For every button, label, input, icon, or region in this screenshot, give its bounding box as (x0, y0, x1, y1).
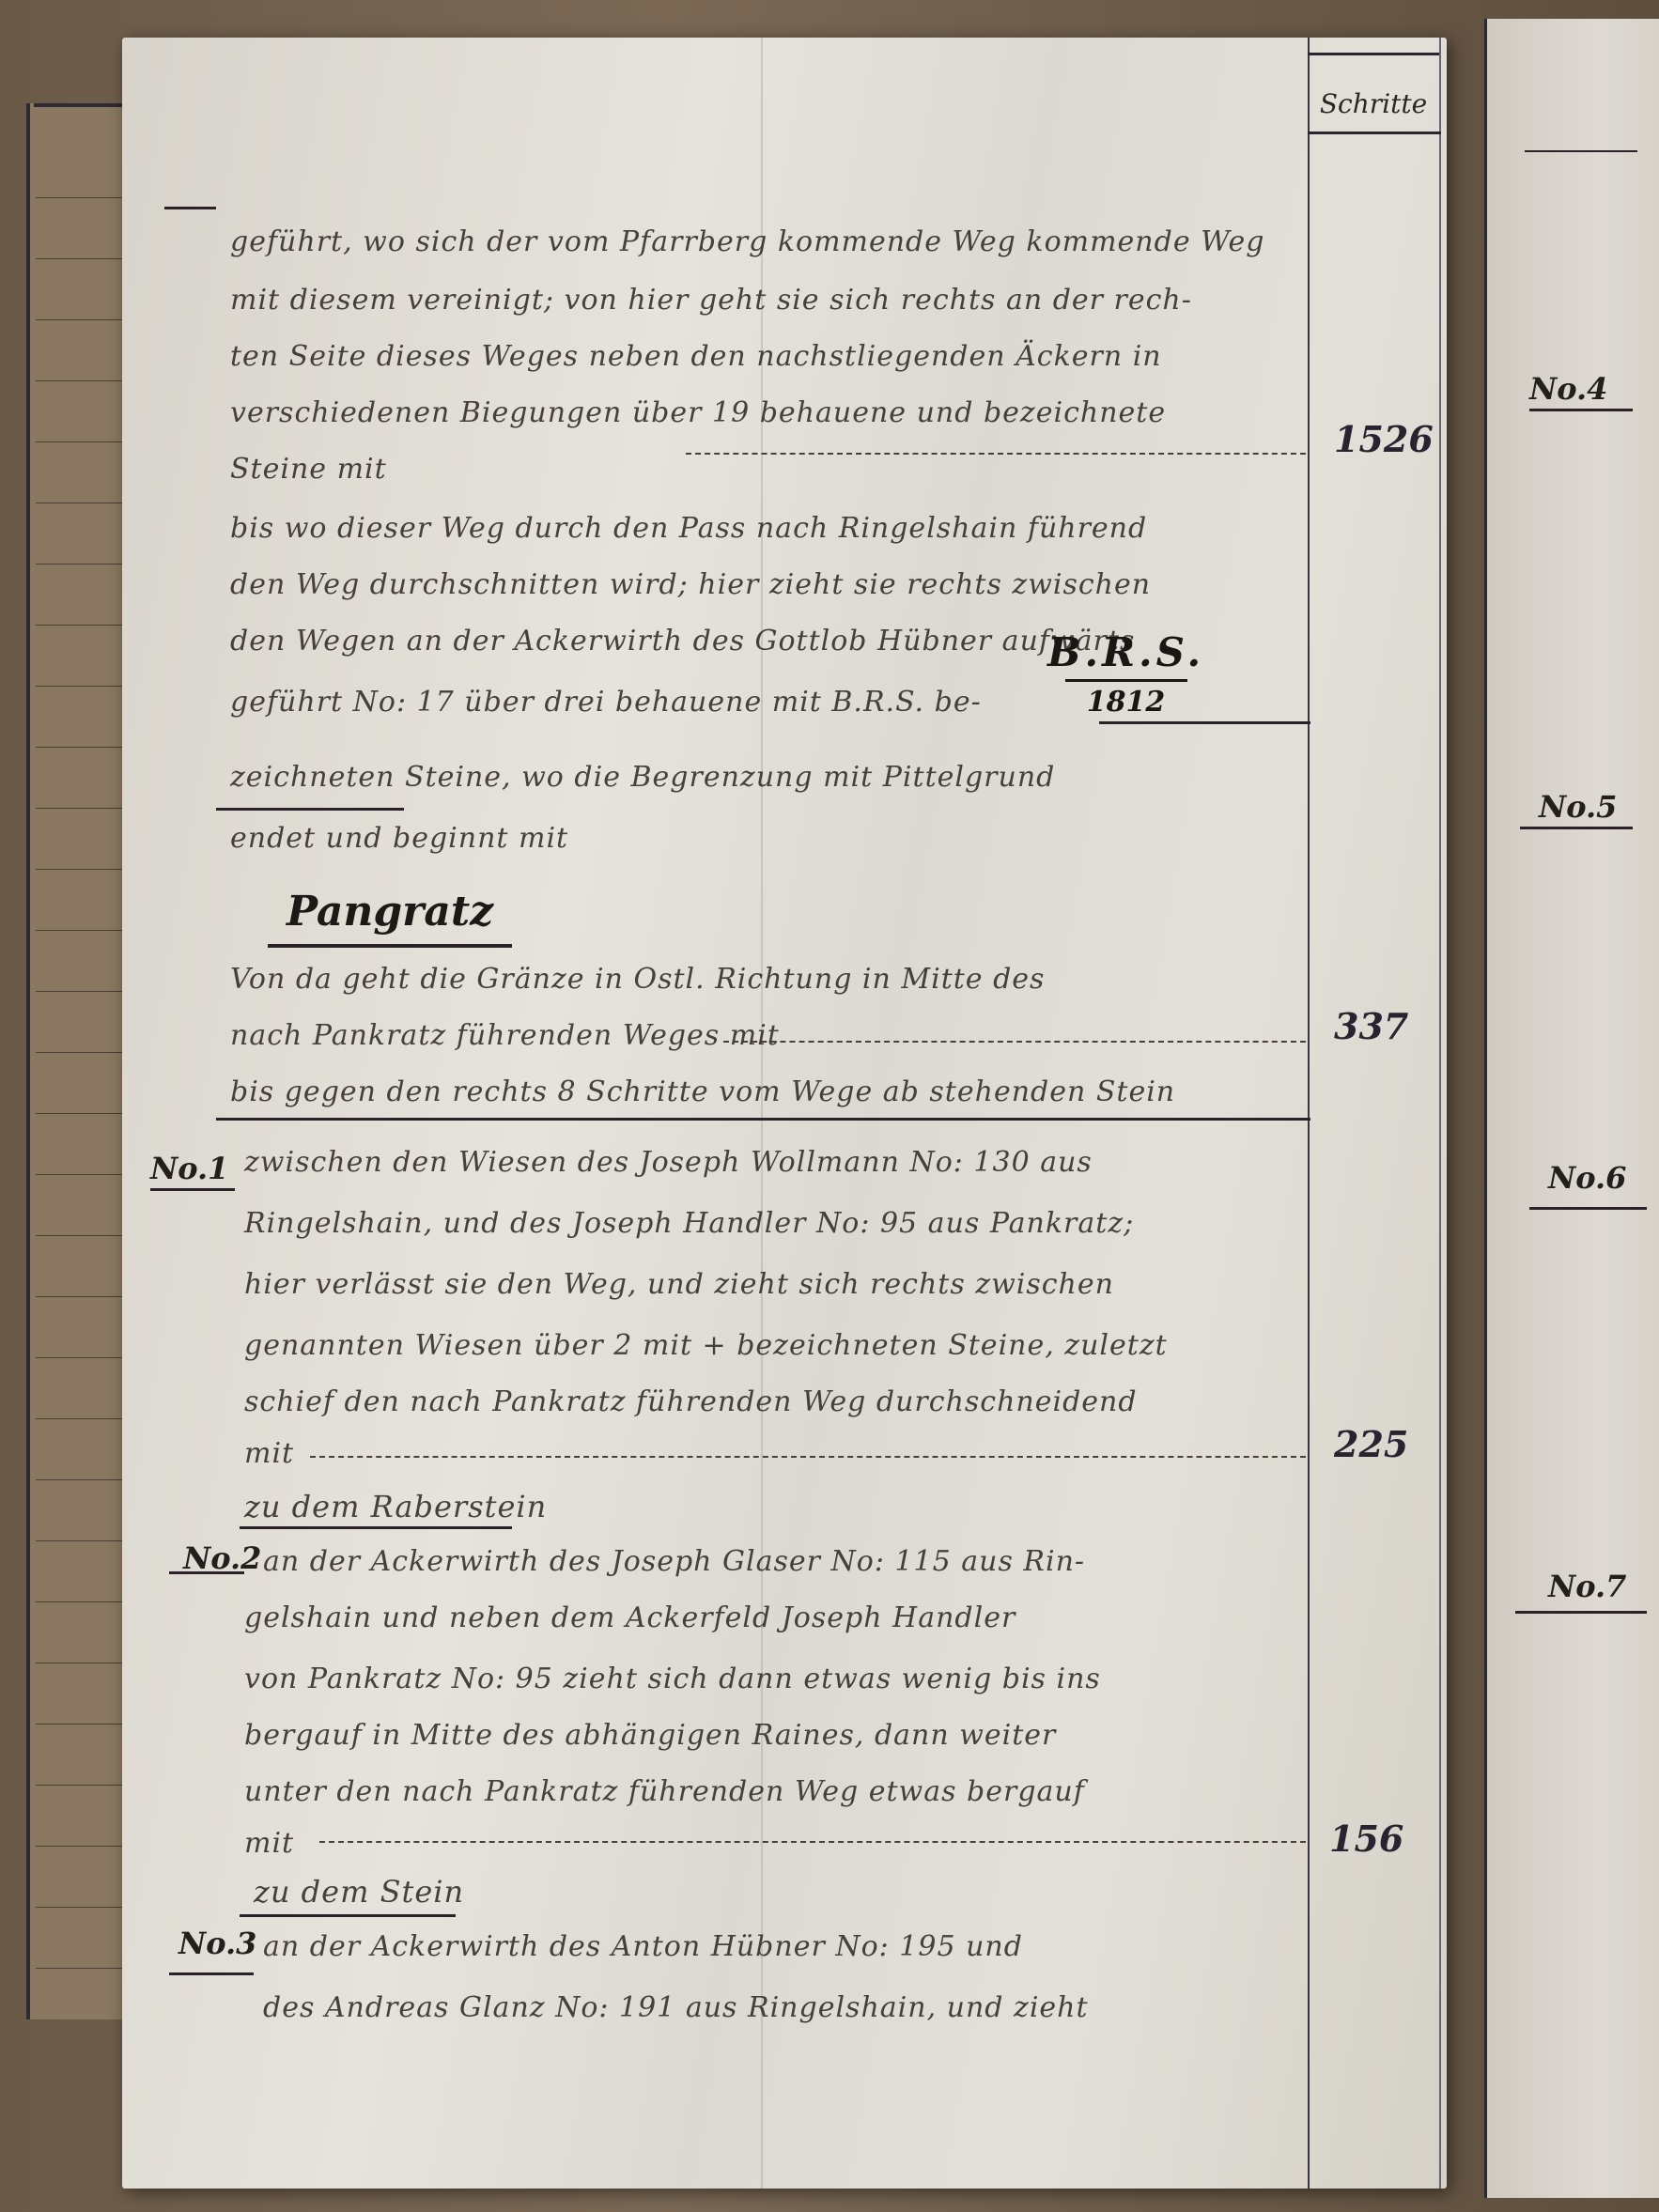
ledger-rule (36, 441, 133, 442)
text-line: verschiedenen Biegungen über 19 behauene… (230, 396, 1166, 429)
adjacent-rule (1525, 150, 1637, 152)
adjacent-marker: No.5 (1539, 789, 1617, 825)
ledger-rule (36, 808, 133, 809)
text-line: den Weg durchschnitten wird; hier zieht … (230, 568, 1151, 601)
schritte-column-left-rule (1308, 38, 1310, 2189)
text-line: Ringelshain, und des Joseph Handler No: … (244, 1207, 1134, 1240)
text-line: Steine mit (230, 453, 387, 486)
row-separator (216, 1118, 1310, 1121)
text-line: bis gegen den rechts 8 Schritte vom Wege… (230, 1075, 1175, 1108)
sub-heading: zu dem Raberstein (244, 1489, 547, 1524)
stamp-underline (1065, 679, 1187, 682)
text-line: bergauf in Mitte des abhängigen Raines, … (244, 1719, 1056, 1752)
section-heading: Pangratz (287, 888, 493, 936)
header-bottom-rule (1308, 131, 1441, 134)
ledger-rule (36, 1601, 133, 1602)
schritte-value: 156 (1329, 1818, 1403, 1860)
ledger-rule (36, 1052, 133, 1053)
heading-underline (268, 944, 512, 948)
leader-dashes (319, 1841, 1306, 1843)
ledger-rule (36, 1174, 133, 1175)
leader-dashes (310, 1456, 1306, 1458)
schritte-value: 225 (1334, 1423, 1408, 1465)
stamp-number: 1812 (1047, 686, 1204, 719)
column-header-schritte: Schritte (1308, 75, 1439, 131)
stamp-letters: B.R.S. (1047, 629, 1204, 675)
adjacent-page: No.4 No.5 No.6 No.7 (1484, 19, 1659, 2198)
ledger-rule (36, 991, 133, 992)
ledger-rule (36, 1479, 133, 1480)
text-line: Von da geht die Gränze in Ostl. Richtung… (230, 963, 1045, 996)
sub-heading-underline (240, 1526, 512, 1529)
ledger-rule (36, 319, 133, 320)
margin-rule (164, 207, 216, 209)
ledger-rule (36, 503, 133, 503)
underlying-ledger-page (26, 103, 133, 2019)
ledger-rule (36, 930, 133, 931)
text-line: an der Ackerwirth des Anton Hübner No: 1… (263, 1930, 1023, 1963)
ledger-rule (36, 1968, 133, 1969)
text-line: zwischen den Wiesen des Joseph Wollmann … (244, 1146, 1093, 1179)
text-line: an der Ackerwirth des Joseph Glaser No: … (263, 1545, 1085, 1578)
adjacent-marker: No.7 (1548, 1569, 1626, 1604)
ledger-rule (36, 1418, 133, 1419)
adjacent-marker-underline (1529, 1207, 1647, 1210)
adjacent-marker-underline (1529, 409, 1633, 411)
sub-heading-underline (240, 1914, 456, 1917)
text-line: ten Seite dieses Weges neben den nachstl… (230, 340, 1162, 373)
boundary-stamp: B.R.S. 1812 (1047, 629, 1204, 719)
text-line: zeichneten Steine, wo die Begrenzung mit… (230, 761, 1055, 794)
text-line: geführt, wo sich der vom Pfarrberg komme… (230, 225, 1264, 258)
ledger-rule (36, 686, 133, 687)
adjacent-marker-underline (1520, 827, 1633, 829)
ledger-rule (36, 197, 133, 198)
marker-underline (169, 1571, 244, 1574)
ledger-rule (36, 625, 133, 626)
text-line: unter den nach Pankratz führenden Weg et… (244, 1775, 1085, 1808)
boundary-stone-marker: No.1 (150, 1151, 228, 1186)
leader-dashes (723, 1041, 1306, 1043)
text-line: gelshain und neben dem Ackerfeld Joseph … (244, 1601, 1016, 1634)
ledger-rule (36, 380, 133, 381)
ledger-rule (36, 1296, 133, 1297)
header-top-rule (1308, 53, 1439, 55)
text-line: mit diesem vereinigt; von hier geht sie … (230, 284, 1192, 317)
text-line: des Andreas Glanz No: 191 aus Ringelshai… (263, 1991, 1089, 2024)
text-line: mit (244, 1827, 294, 1860)
ledger-rule (36, 869, 133, 870)
ledger-rule (36, 1235, 133, 1236)
ledger-rule (36, 1785, 133, 1786)
ledger-rule (36, 258, 133, 259)
text-line: den Wegen an der Ackerwirth des Gottlob … (230, 625, 1135, 657)
ledger-rule (36, 1724, 133, 1725)
ledger-rule (36, 1907, 133, 1908)
text-line: hier verlässt sie den Weg, und zieht sic… (244, 1268, 1114, 1301)
text-line: geführt No: 17 über drei behauene mit B.… (230, 686, 982, 719)
manuscript-page: Schritte geführt, wo sich der vom Pfarrb… (122, 38, 1447, 2189)
text-line: endet und beginnt mit (230, 822, 568, 855)
schritte-value: 337 (1334, 1005, 1408, 1047)
marker-underline (150, 1188, 235, 1191)
underline (216, 808, 404, 811)
text-line: mit (244, 1437, 294, 1470)
ledger-rule (36, 1113, 133, 1114)
ledger-rule (36, 1540, 133, 1541)
sub-heading: zu dem Stein (254, 1874, 464, 1910)
ledger-rule (36, 1846, 133, 1847)
leader-dashes (686, 453, 1306, 455)
text-line: bis wo dieser Weg durch den Pass nach Ri… (230, 512, 1147, 545)
text-line: nach Pankratz führenden Weges mit (230, 1019, 780, 1052)
text-line: schief den nach Pankratz führenden Weg d… (244, 1385, 1138, 1418)
ledger-rule (36, 564, 133, 565)
boundary-stone-marker: No.3 (178, 1926, 256, 1961)
stamp-rule (1099, 721, 1310, 724)
ledger-rule (36, 1663, 133, 1663)
page-right-rule (1439, 38, 1441, 2189)
adjacent-marker-underline (1515, 1611, 1647, 1614)
marker-underline (169, 1972, 254, 1975)
text-line: von Pankratz No: 95 zieht sich dann etwa… (244, 1663, 1101, 1695)
adjacent-marker: No.6 (1548, 1160, 1626, 1196)
adjacent-marker: No.4 (1529, 371, 1607, 407)
schritte-value: 1526 (1334, 418, 1434, 460)
text-line: genannten Wiesen über 2 mit + bezeichnet… (244, 1329, 1168, 1362)
ledger-rule (36, 747, 133, 748)
ledger-rule (36, 1357, 133, 1358)
